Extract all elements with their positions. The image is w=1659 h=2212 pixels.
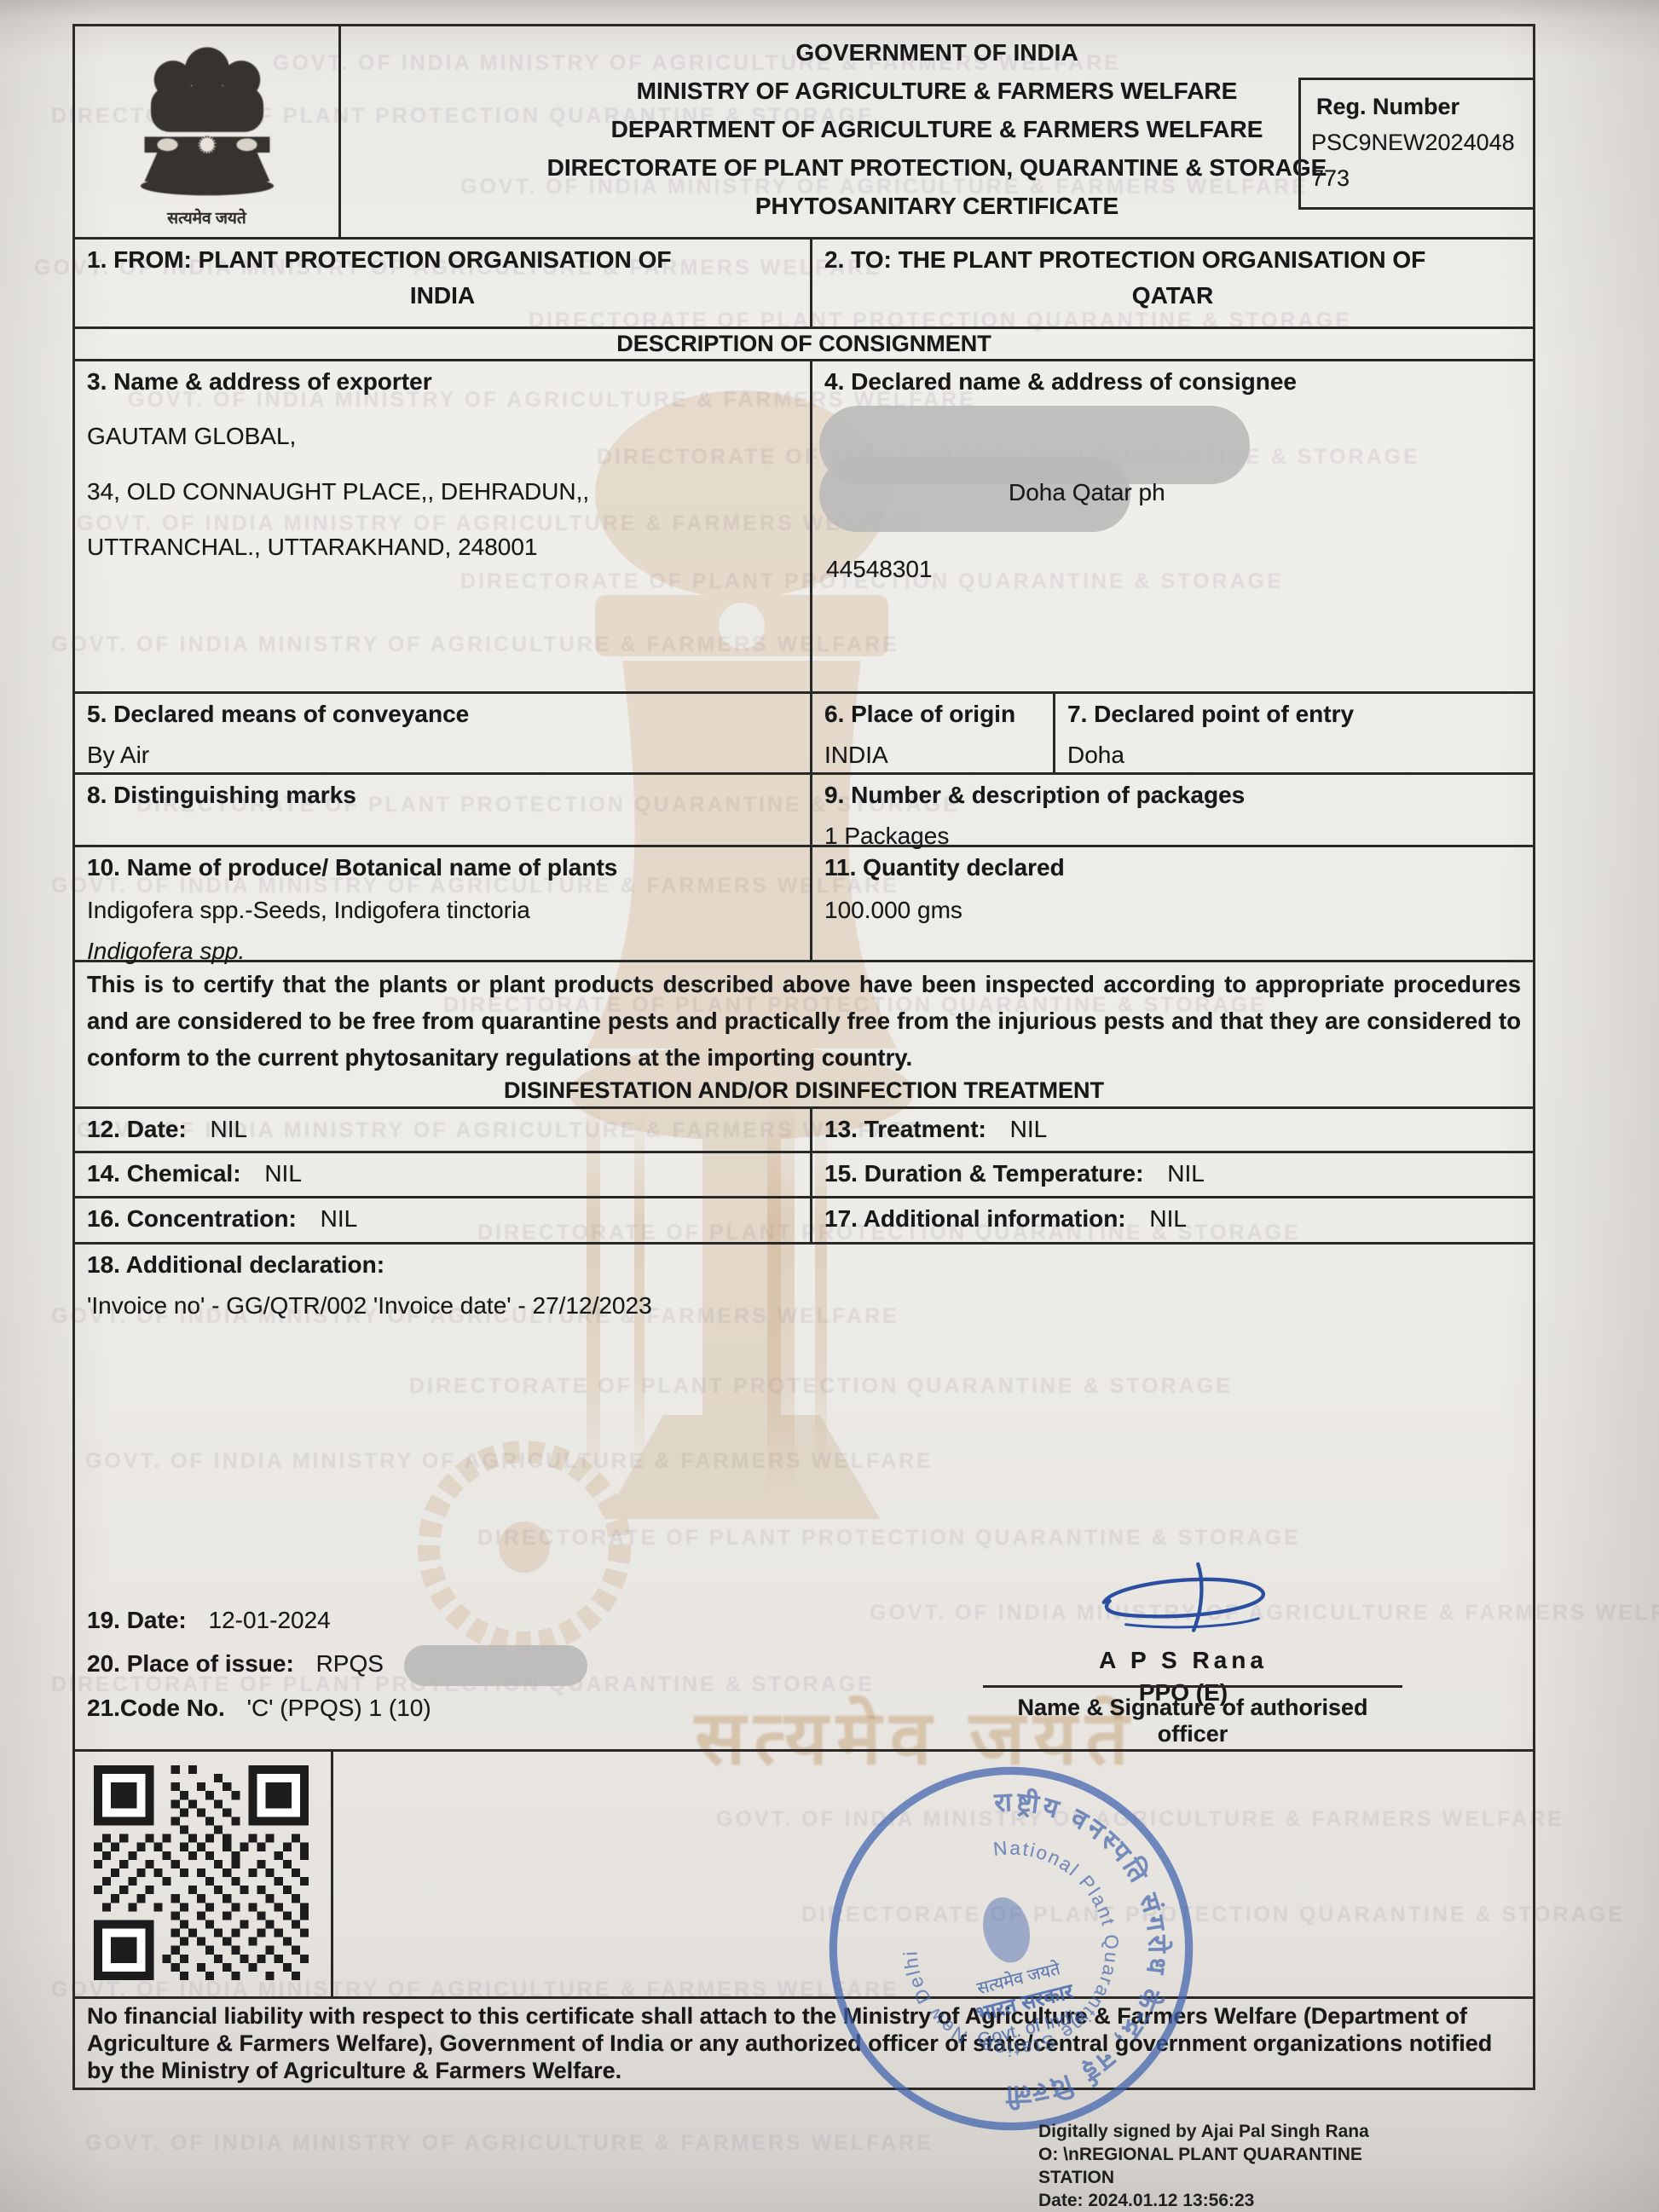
emblem-cell: सत्यमेव जयते bbox=[75, 26, 341, 237]
conveyance-label: 5. Declared means of conveyance bbox=[87, 701, 469, 727]
issue-date-line: 19. Date: 12-01-2024 bbox=[87, 1598, 587, 1642]
issue-date-label: 19. Date: bbox=[87, 1607, 187, 1633]
concentration-label: 16. Concentration: bbox=[87, 1205, 297, 1232]
header-government: GOVERNMENT OF INDIA bbox=[341, 33, 1533, 72]
exporter-label: 3. Name & address of exporter bbox=[87, 368, 798, 396]
exporter-address-2: UTTRANCHAL., UTTARAKHAND, 248001 bbox=[87, 534, 798, 561]
consignee-phone: 44548301 bbox=[826, 556, 933, 583]
digital-signature-date: Date: 2024.01.12 13:56:23 bbox=[1038, 2189, 1369, 2212]
reg-number-label: Reg. Number bbox=[1311, 89, 1523, 124]
concentration-additional-row: 16. Concentration: NIL 17. Additional in… bbox=[75, 1198, 1533, 1245]
certification-statement: This is to certify that the plants or pl… bbox=[75, 962, 1533, 1109]
concentration-cell: 16. Concentration: NIL bbox=[75, 1198, 812, 1243]
conveyance-value: By Air bbox=[87, 742, 798, 769]
svg-text:राष्ट्रीय वनस्पति संगरोध केन्द: राष्ट्रीय वनस्पति संगरोध केन्द्र, नई दिल… bbox=[927, 1753, 1207, 2117]
packages-label: 9. Number & description of packages bbox=[824, 782, 1245, 808]
to-country: QATAR bbox=[824, 282, 1521, 309]
additional-info-value: NIL bbox=[1149, 1205, 1187, 1232]
chemical-cell: 14. Chemical: NIL bbox=[75, 1153, 812, 1196]
redaction-blob bbox=[404, 1645, 587, 1686]
officer-name: A P S Rana bbox=[979, 1647, 1388, 1674]
place-of-issue-label: 20. Place of issue: bbox=[87, 1650, 294, 1677]
qr-cell bbox=[75, 1752, 333, 1996]
ashoka-emblem-icon bbox=[124, 40, 291, 199]
stamp-outer-text: राष्ट्रीय वनस्पति संगरोध केन्द्र, नई दिल… bbox=[927, 1753, 1207, 2117]
packages-cell: 9. Number & description of packages 1 Pa… bbox=[812, 775, 1533, 845]
treatment-date-cell: 12. Date: NIL bbox=[75, 1109, 812, 1151]
treatment-value: NIL bbox=[1010, 1116, 1048, 1142]
additional-info-label: 17. Additional information: bbox=[824, 1205, 1126, 1232]
code-no-value: 'C' (PPQS) 1 (10) bbox=[247, 1695, 431, 1721]
produce-label: 10. Name of produce/ Botanical name of p… bbox=[87, 854, 617, 881]
produce-botanical-name: Indigofera spp. bbox=[87, 938, 798, 965]
exporter-consignee-row: 3. Name & address of exporter GAUTAM GLO… bbox=[75, 361, 1533, 694]
from-country: INDIA bbox=[87, 282, 798, 309]
quantity-label: 11. Quantity declared bbox=[824, 854, 1065, 881]
treatment-cell: 13. Treatment: NIL bbox=[812, 1109, 1533, 1151]
marks-packages-row: 8. Distinguishing marks 9. Number & desc… bbox=[75, 775, 1533, 847]
code-no-label: 21.Code No. bbox=[87, 1695, 225, 1721]
chemical-duration-row: 14. Chemical: NIL 15. Duration & Tempera… bbox=[75, 1153, 1533, 1198]
issue-details-block: 19. Date: 12-01-2024 20. Place of issue:… bbox=[87, 1598, 587, 1730]
invoice-declaration: 'Invoice no' - GG/QTR/002 'Invoice date'… bbox=[87, 1292, 1521, 1320]
signature-scribble bbox=[1077, 1558, 1290, 1639]
conveyance-origin-entry-row: 5. Declared means of conveyance By Air 6… bbox=[75, 694, 1533, 775]
distinguishing-marks-cell: 8. Distinguishing marks bbox=[75, 775, 812, 845]
issue-date-value: 12-01-2024 bbox=[209, 1607, 331, 1633]
quantity-cell: 11. Quantity declared 100.000 gms bbox=[812, 847, 1533, 960]
digital-signature-org-2: STATION bbox=[1038, 2166, 1369, 2189]
additional-info-cell: 17. Additional information: NIL bbox=[812, 1198, 1533, 1243]
emblem-caption: सत्यमेव जयते bbox=[75, 206, 338, 228]
digital-signature-signer: Digitally signed by Ajai Pal Singh Rana bbox=[1038, 2120, 1369, 2143]
place-of-issue-value: RPQS bbox=[316, 1650, 384, 1677]
exporter-name: GAUTAM GLOBAL, bbox=[87, 423, 798, 450]
stamp-area: राष्ट्रीय वनस्पति संगरोध केन्द्र, नई दिल… bbox=[333, 1752, 1533, 1996]
chemical-value: NIL bbox=[264, 1160, 302, 1187]
entry-point-label: 7. Declared point of entry bbox=[1067, 701, 1354, 727]
origin-cell: 6. Place of origin INDIA bbox=[812, 694, 1055, 772]
ghost-text-line: GOVT. OF INDIA MINISTRY OF AGRICULTURE &… bbox=[85, 2131, 934, 2156]
produce-cell: 10. Name of produce/ Botanical name of p… bbox=[75, 847, 812, 960]
consignee-city: Doha Qatar ph bbox=[1009, 479, 1165, 506]
digital-signature-block: Digitally signed by Ajai Pal Singh Rana … bbox=[1038, 2120, 1369, 2212]
origin-value: INDIA bbox=[824, 742, 1041, 769]
entry-point-cell: 7. Declared point of entry Doha bbox=[1055, 694, 1533, 772]
reg-number-box: Reg. Number PSC9NEW2024048 773 bbox=[1298, 78, 1535, 210]
qr-code bbox=[94, 1765, 309, 1980]
packages-value: 1 Packages bbox=[824, 823, 1521, 850]
consignee-label: 4. Declared name & address of consignee bbox=[824, 368, 1297, 395]
to-label: 2. TO: THE PLANT PROTECTION ORGANISATION… bbox=[824, 246, 1521, 274]
duration-temperature-label: 15. Duration & Temperature: bbox=[824, 1160, 1143, 1187]
duration-temperature-value: NIL bbox=[1167, 1160, 1205, 1187]
exporter-address-1: 34, OLD CONNAUGHT PLACE,, DEHRADUN,, bbox=[87, 478, 798, 505]
treatment-date-value: NIL bbox=[211, 1116, 248, 1142]
date-treatment-row: 12. Date: NIL 13. Treatment: NIL bbox=[75, 1109, 1533, 1153]
additional-declaration-label: 18. Additional declaration: bbox=[87, 1251, 384, 1278]
place-of-issue-line: 20. Place of issue: RPQS bbox=[87, 1642, 587, 1686]
produce-quantity-row: 10. Name of produce/ Botanical name of p… bbox=[75, 847, 1533, 962]
exporter-cell: 3. Name & address of exporter GAUTAM GLO… bbox=[75, 361, 812, 691]
treatment-label: 13. Treatment: bbox=[824, 1116, 986, 1142]
treatment-section-header: DISINFESTATION AND/OR DISINFECTION TREAT… bbox=[87, 1077, 1521, 1104]
from-cell: 1. FROM: PLANT PROTECTION ORGANISATION O… bbox=[75, 240, 812, 326]
consignee-cell: 4. Declared name & address of consignee … bbox=[812, 361, 1533, 691]
conveyance-cell: 5. Declared means of conveyance By Air bbox=[75, 694, 812, 772]
quantity-value: 100.000 gms bbox=[824, 897, 1521, 924]
entry-point-value: Doha bbox=[1067, 742, 1521, 769]
treatment-date-label: 12. Date: bbox=[87, 1116, 187, 1142]
reg-number-value: PSC9NEW2024048 bbox=[1311, 124, 1523, 160]
to-cell: 2. TO: THE PLANT PROTECTION ORGANISATION… bbox=[812, 240, 1533, 326]
digital-signature-org: O: \nREGIONAL PLANT QUARANTINE bbox=[1038, 2143, 1369, 2166]
from-label: 1. FROM: PLANT PROTECTION ORGANISATION O… bbox=[87, 246, 798, 274]
certificate-header: सत्यमेव जयते GOVERNMENT OF INDIA MINISTR… bbox=[75, 26, 1533, 240]
qr-stamp-row: राष्ट्रीय वनस्पति संगरोध केन्द्र, नई दिल… bbox=[75, 1752, 1533, 1999]
duration-temperature-cell: 15. Duration & Temperature: NIL bbox=[812, 1153, 1533, 1196]
concentration-value: NIL bbox=[321, 1205, 358, 1232]
phytosanitary-certificate: सत्यमेव जयते GOVERNMENT OF INDIA MINISTR… bbox=[72, 24, 1535, 2090]
certification-text: This is to certify that the plants or pl… bbox=[87, 966, 1521, 1076]
consignment-header: DESCRIPTION OF CONSIGNMENT bbox=[75, 329, 1533, 361]
produce-name: Indigofera spp.-Seeds, Indigofera tincto… bbox=[87, 897, 798, 924]
reg-number-value-2: 773 bbox=[1311, 160, 1523, 196]
origin-label: 6. Place of origin bbox=[824, 701, 1015, 727]
declaration-issue-section: 18. Additional declaration: 'Invoice no'… bbox=[75, 1245, 1533, 1752]
distinguishing-marks-label: 8. Distinguishing marks bbox=[87, 782, 356, 808]
chemical-label: 14. Chemical: bbox=[87, 1160, 241, 1187]
signature-caption: Name & Signature of authorised officer bbox=[983, 1685, 1402, 1747]
code-no-line: 21.Code No. 'C' (PPQS) 1 (10) bbox=[87, 1686, 587, 1730]
liability-footer: No financial liability with respect to t… bbox=[75, 1999, 1533, 2088]
from-to-row: 1. FROM: PLANT PROTECTION ORGANISATION O… bbox=[75, 240, 1533, 329]
